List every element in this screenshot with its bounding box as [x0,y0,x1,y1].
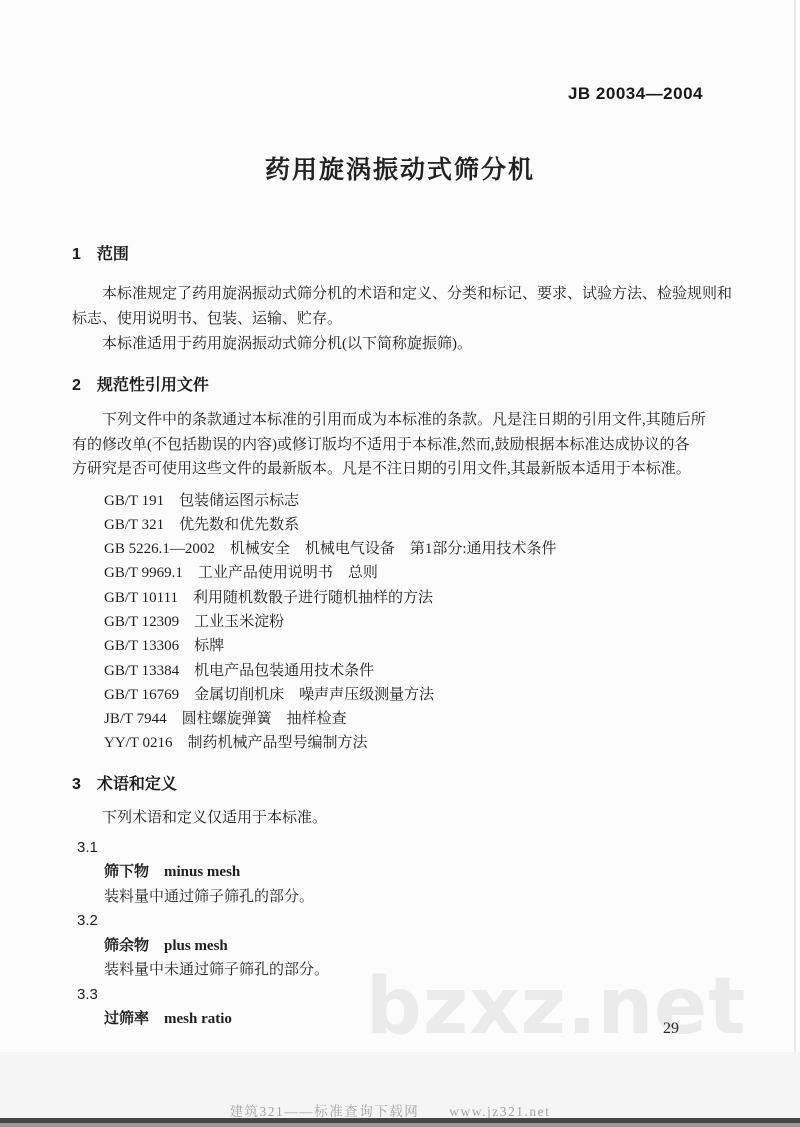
footer-bar-light [0,1123,800,1127]
section-1-scope-line: 本标准适用于药用旋涡振动式筛分机(以下简称旋振筛)。 [72,332,732,357]
section-1-heading: 1 范围 [72,246,732,264]
reference-item: GB/T 16769 金属切削机床 噪声声压级测量方法 [72,683,732,707]
document-title: 药用旋涡振动式筛分机 [0,150,800,186]
term-entry: 筛余物 plus mesh [72,934,732,959]
standard-number: JB 20034—2004 [568,84,703,104]
term-definition: 装料量中通过筛子筛孔的部分。 [72,885,732,910]
section-3-intro: 下列术语和定义仅适用于本标准。 [72,806,732,830]
section-2-paragraph: 下列文件中的条款通过本标准的引用而成为本标准的条款。凡是注日期的引用文件,其随后… [72,408,732,482]
paragraph-line: 有的修改单(不包括勘误的内容)或修订版均不适用于本标准,然而,鼓励根据本标准达成… [72,433,732,458]
reference-item: GB/T 9969.1 工业产品使用说明书 总则 [72,561,732,585]
reference-item: GB/T 10111 利用随机数骰子进行随机抽样的方法 [72,586,732,610]
document-body: 1 范围 本标准规定了药用旋涡振动式筛分机的术语和定义、分类和标记、要求、试验方… [72,246,732,1032]
page-number: 29 [663,1020,679,1038]
clause-number: 3.1 [72,836,732,861]
clause-number: 3.2 [72,909,732,934]
reference-item: GB/T 191 包装储运图示标志 [72,489,732,513]
term-entry: 筛下物 minus mesh [72,860,732,885]
paragraph-line: 本标准规定了药用旋涡振动式筛分机的术语和定义、分类和标记、要求、试验方法、检验规… [72,282,732,307]
paragraph-line: 下列文件中的条款通过本标准的引用而成为本标准的条款。凡是注日期的引用文件,其随后… [72,408,732,433]
document-page: JB 20034—2004 药用旋涡振动式筛分机 1 范围 本标准规定了药用旋涡… [0,0,800,1127]
reference-item: GB 5226.1—2002 机械安全 机械电气设备 第1部分:通用技术条件 [72,537,732,561]
section-1-paragraph: 本标准规定了药用旋涡振动式筛分机的术语和定义、分类和标记、要求、试验方法、检验规… [72,282,732,332]
reference-item: GB/T 321 优先数和优先数系 [72,513,732,537]
reference-item: GB/T 13384 机电产品包装通用技术条件 [72,659,732,683]
footer-site-text: 建筑321——标准查询下载网 www.jz321.net [0,1100,780,1120]
paragraph-line: 方研究是否可使用这些文件的最新版本。凡是不注日期的引用文件,其最新版本适用于本标… [72,457,732,482]
paragraph-line: 标志、使用说明书、包装、运输、贮存。 [72,307,732,332]
site-watermark: bzxz.net [366,968,746,1046]
reference-item: GB/T 12309 工业玉米淀粉 [72,610,732,634]
normative-references-list: GB/T 191 包装储运图示标志 GB/T 321 优先数和优先数系 GB 5… [72,489,732,756]
reference-item: GB/T 13306 标牌 [72,634,732,658]
section-2-heading: 2 规范性引用文件 [72,377,732,395]
reference-item: JB/T 7944 圆柱螺旋弹簧 抽样检查 [72,707,732,731]
section-3-heading: 3 术语和定义 [72,776,732,794]
reference-item: YY/T 0216 制药机械产品型号编制方法 [72,731,732,755]
